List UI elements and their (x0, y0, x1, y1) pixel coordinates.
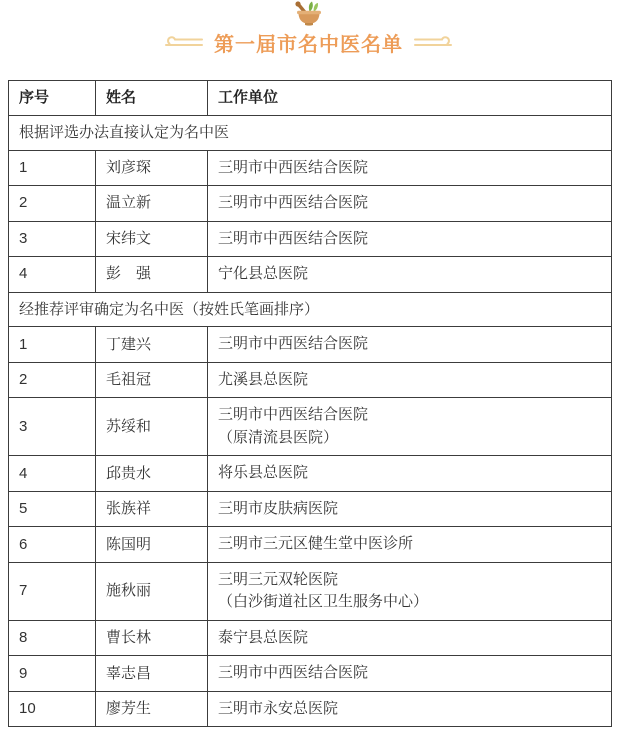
table-row: 3宋纬文三明市中西医结合医院 (9, 221, 612, 257)
table-row: 1丁建兴三明市中西医结合医院 (9, 327, 612, 363)
work-unit-line: 尤溪县总医院 (218, 369, 601, 392)
cell-serial: 1 (9, 327, 96, 363)
table-row: 4邱贵水将乐县总医院 (9, 456, 612, 492)
work-unit-line: 将乐县总医院 (218, 462, 601, 485)
work-unit-line: 三明市三元区健生堂中医诊所 (218, 533, 601, 556)
cell-work-unit: 宁化县总医院 (208, 257, 612, 293)
work-unit-line: 泰宁县总医院 (218, 627, 601, 650)
section-row: 经推荐评审确定为名中医（按姓氏笔画排序） (9, 292, 612, 327)
table-row: 10廖芳生三明市永安总医院 (9, 691, 612, 727)
table-row: 1刘彦琛三明市中西医结合医院 (9, 150, 612, 186)
table-row: 7施秋丽三明三元双轮医院（白沙街道社区卫生服务中心） (9, 562, 612, 620)
col-header-name: 姓名 (96, 81, 208, 116)
cell-name: 曹长林 (96, 620, 208, 656)
work-unit-line: 三明市中西医结合医院 (218, 192, 601, 215)
cell-name: 辜志昌 (96, 656, 208, 692)
cell-serial: 4 (9, 257, 96, 293)
table-row: 6陈国明三明市三元区健生堂中医诊所 (9, 527, 612, 563)
cell-work-unit: 三明市中西医结合医院 (208, 327, 612, 363)
table-row: 9辜志昌三明市中西医结合医院 (9, 656, 612, 692)
section-label: 经推荐评审确定为名中医（按姓氏笔画排序） (9, 292, 612, 327)
cell-name: 苏绥和 (96, 398, 208, 456)
cell-work-unit: 三明三元双轮医院（白沙街道社区卫生服务中心） (208, 562, 612, 620)
article-page: 第一届市名中医名单 序号 姓名 工作单位 根据评选办法直接认定为名中医1刘彦琛三 (0, 0, 617, 727)
cell-name: 廖芳生 (96, 691, 208, 727)
cell-name: 邱贵水 (96, 456, 208, 492)
work-unit-line: 三明三元双轮医院 (218, 569, 601, 592)
left-scroll-ornament (161, 35, 205, 49)
cell-serial: 2 (9, 362, 96, 398)
work-unit-line: 宁化县总医院 (218, 263, 601, 286)
cell-serial: 7 (9, 562, 96, 620)
cell-name: 丁建兴 (96, 327, 208, 363)
table-row: 3苏绥和三明市中西医结合医院（原清流县医院） (9, 398, 612, 456)
cell-work-unit: 尤溪县总医院 (208, 362, 612, 398)
cell-serial: 1 (9, 150, 96, 186)
cell-work-unit: 三明市中西医结合医院 (208, 150, 612, 186)
cell-name: 张族祥 (96, 491, 208, 527)
cell-name: 彭 强 (96, 257, 208, 293)
cell-serial: 3 (9, 221, 96, 257)
work-unit-line: （原清流县医院） (218, 427, 601, 450)
mortar-pestle-icon (0, 0, 617, 26)
famous-tcm-doctors-table: 序号 姓名 工作单位 根据评选办法直接认定为名中医1刘彦琛三明市中西医结合医院2… (8, 80, 612, 727)
col-header-serial: 序号 (9, 81, 96, 116)
cell-work-unit: 泰宁县总医院 (208, 620, 612, 656)
section-label: 根据评选办法直接认定为名中医 (9, 115, 612, 150)
cell-name: 温立新 (96, 186, 208, 222)
page-title: 第一届市名中医名单 (214, 28, 403, 57)
table-row: 2毛祖冠尤溪县总医院 (9, 362, 612, 398)
table-row: 2温立新三明市中西医结合医院 (9, 186, 612, 222)
right-scroll-ornament (412, 35, 456, 49)
cell-work-unit: 三明市中西医结合医院 (208, 221, 612, 257)
cell-serial: 2 (9, 186, 96, 222)
cell-work-unit: 三明市皮肤病医院 (208, 491, 612, 527)
cell-name: 施秋丽 (96, 562, 208, 620)
table-header-row: 序号 姓名 工作单位 (9, 81, 612, 116)
cell-serial: 3 (9, 398, 96, 456)
work-unit-line: （白沙街道社区卫生服务中心） (218, 591, 601, 614)
section-row: 根据评选办法直接认定为名中医 (9, 115, 612, 150)
cell-work-unit: 三明市中西医结合医院 (208, 656, 612, 692)
cell-name: 宋纬文 (96, 221, 208, 257)
work-unit-line: 三明市皮肤病医院 (218, 498, 601, 521)
cell-name: 陈国明 (96, 527, 208, 563)
cell-work-unit: 将乐县总医院 (208, 456, 612, 492)
work-unit-line: 三明市中西医结合医院 (218, 228, 601, 251)
work-unit-line: 三明市中西医结合医院 (218, 157, 601, 180)
cell-name: 毛祖冠 (96, 362, 208, 398)
table-row: 5张族祥三明市皮肤病医院 (9, 491, 612, 527)
cell-work-unit: 三明市三元区健生堂中医诊所 (208, 527, 612, 563)
cell-serial: 8 (9, 620, 96, 656)
cell-name: 刘彦琛 (96, 150, 208, 186)
work-unit-line: 三明市中西医结合医院 (218, 662, 601, 685)
article-header: 第一届市名中医名单 (0, 0, 617, 55)
work-unit-line: 三明市永安总医院 (218, 698, 601, 721)
table-row: 8曹长林泰宁县总医院 (9, 620, 612, 656)
cell-work-unit: 三明市中西医结合医院（原清流县医院） (208, 398, 612, 456)
cell-serial: 5 (9, 491, 96, 527)
title-row: 第一届市名中医名单 (0, 29, 617, 55)
cell-serial: 10 (9, 691, 96, 727)
cell-work-unit: 三明市中西医结合医院 (208, 186, 612, 222)
table-row: 4彭 强宁化县总医院 (9, 257, 612, 293)
cell-work-unit: 三明市永安总医院 (208, 691, 612, 727)
work-unit-line: 三明市中西医结合医院 (218, 333, 601, 356)
work-unit-line: 三明市中西医结合医院 (218, 404, 601, 427)
cell-serial: 9 (9, 656, 96, 692)
col-header-work-unit: 工作单位 (208, 81, 612, 116)
cell-serial: 4 (9, 456, 96, 492)
cell-serial: 6 (9, 527, 96, 563)
